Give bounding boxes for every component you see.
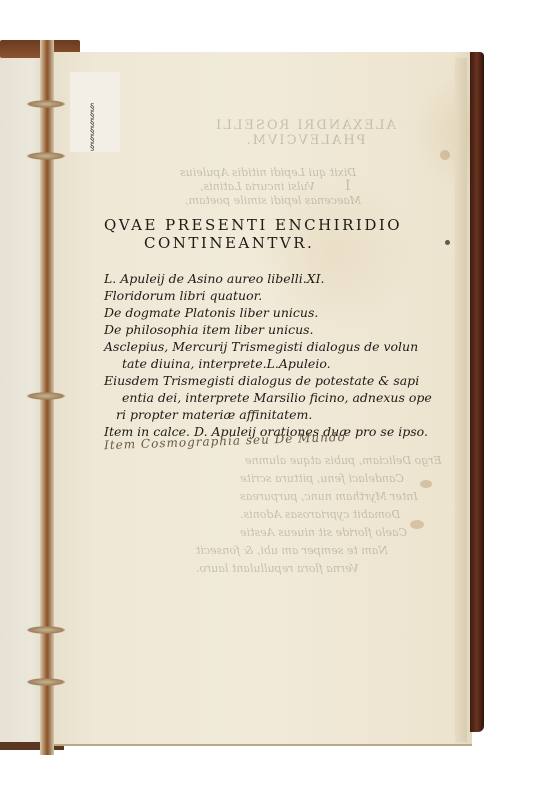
contents-entry: De philosophia item liber unicus.	[104, 321, 424, 338]
contents-entry: De dogmate Platonis liber unicus.	[104, 304, 424, 321]
show-through-line: Ergo Deliciam, pubis atque alumne	[245, 454, 442, 467]
show-through-line: Nam te semper am ubi, & fonsecit	[196, 544, 388, 557]
foxing-spot	[420, 480, 432, 488]
foxing-spot	[410, 520, 424, 529]
show-through-line: Caelo floride sit niueus Aestie	[240, 526, 407, 539]
binding-stitch	[26, 392, 66, 400]
foxing-spot	[440, 150, 450, 160]
contents-heading: QVAE PRESENTI ENCHIRIDIO CONTINEANTVR.	[104, 216, 424, 252]
show-through-margin-mark: I	[345, 178, 351, 194]
foxing-spot	[445, 240, 450, 245]
binding-stitch	[26, 152, 66, 160]
cover-right-edge	[470, 52, 484, 732]
contents-entry: entia dei, interprete Marsilio ficino, a…	[104, 389, 424, 406]
contents-list: L. Apuleij de Asino aureo libelli.XI. Fl…	[104, 270, 424, 440]
contents-entry: tate diuina, interprete.L.Apuleio.	[104, 355, 424, 372]
show-through-line: Verna flora repullulant lauro.	[196, 562, 359, 575]
contents-entry: L. Apuleij de Asino aureo libelli.XI.	[104, 270, 424, 287]
show-through-title: ALEXANDRI ROSELLI PHALEVCIVM.	[190, 118, 420, 148]
binding-stitch	[26, 626, 66, 634]
book-photograph: §§§§§§ ALEXANDRI ROSELLI PHALEVCIVM. Dix…	[0, 0, 543, 800]
contents-entry: Eiusdem Trismegisti dialogus de potestat…	[104, 372, 424, 389]
show-through-line: Candelaci fenu, pittura scrite	[240, 472, 404, 485]
chain-ornament-icon: §§§§§§	[90, 104, 110, 152]
binding-stitch	[26, 678, 66, 686]
show-through-line: Dixit qui Lepidi nitidis Apuleius	[180, 166, 356, 179]
show-through-line: Maecenas lepidi simile poetam,	[185, 194, 361, 207]
contents-entry: Asclepius, Mercurij Trismegisti dialogus…	[104, 338, 424, 355]
binding-stitch	[26, 100, 66, 108]
show-through-line: Inter Myrtham nunc, purpureas	[240, 490, 418, 503]
contents-entry: Floridorum libri quatuor.	[104, 287, 424, 304]
show-through-line: Domabit cypriarosas Adonis.	[240, 508, 400, 521]
contents-entry: ri propter materiæ affinitatem.	[104, 406, 424, 423]
page-fore-edge	[455, 58, 467, 742]
show-through-line: Vulsi incuria Latinis,	[200, 180, 315, 193]
